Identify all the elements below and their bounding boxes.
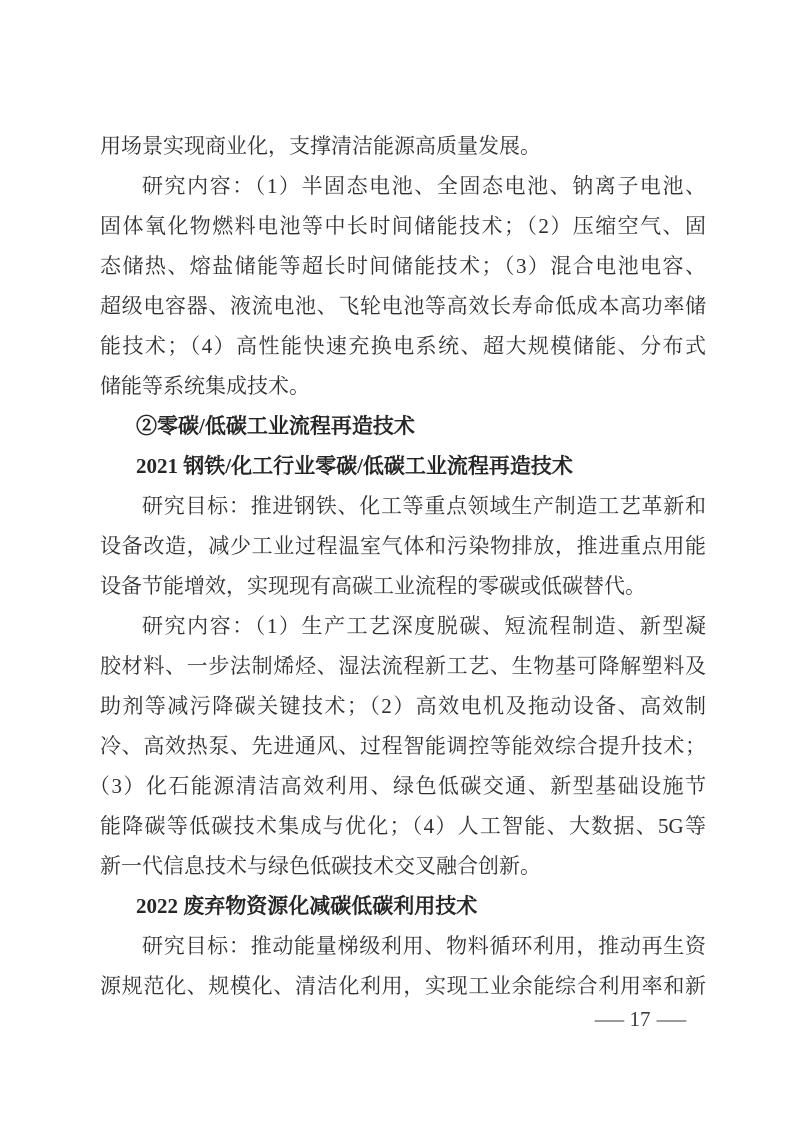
page-number: —17— <box>540 1004 740 1034</box>
page-number-value: 17 <box>630 1007 651 1031</box>
text-line: 超级电容器、液流电池、飞轮电池等高效长寿命低成本高功率储 <box>100 286 706 326</box>
page-number-dash-left: — <box>594 1004 623 1034</box>
text-line: 新一代信息技术与绿色低碳技术交叉融合创新。 <box>100 846 706 886</box>
text-line: 助剂等减污降碳关键技术；（2）高效电机及拖动设备、高效制 <box>100 686 706 726</box>
text-line: 研究内容：（1）生产工艺深度脱碳、短流程制造、新型凝 <box>100 606 706 646</box>
text-line: 源规范化、规模化、清洁化利用，实现工业余能综合利用率和新 <box>100 966 706 1006</box>
document-body: 用场景实现商业化，支撑清洁能源高质量发展。研究内容：（1）半固态电池、全固态电池… <box>100 126 706 1006</box>
text-line: 冷、高效热泵、先进通风、过程智能调控等能效综合提升技术； <box>100 726 706 766</box>
text-line: 能降碳等低碳技术集成与优化；（4）人工智能、大数据、5G等 <box>100 806 706 846</box>
page-number-dash-right: — <box>656 1004 685 1034</box>
text-line: 能技术；（4）高性能快速充换电系统、超大规模储能、分布式 <box>100 326 706 366</box>
text-line: 研究目标：推进钢铁、化工等重点领域生产制造工艺革新和 <box>100 486 706 526</box>
text-line: （3）化石能源清洁高效利用、绿色低碳交通、新型基础设施节 <box>89 766 706 806</box>
text-line: 态储热、熔盐储能等超长时间储能技术；（3）混合电池电容、 <box>100 246 706 286</box>
text-line: 用场景实现商业化，支撑清洁能源高质量发展。 <box>100 126 706 166</box>
document-page: 用场景实现商业化，支撑清洁能源高质量发展。研究内容：（1）半固态电池、全固态电池… <box>0 0 800 1131</box>
heading-line: ②零碳/低碳工业流程再造技术 <box>100 406 706 446</box>
heading-line: 2022 废弃物资源化减碳低碳利用技术 <box>100 886 706 926</box>
text-line: 研究内容：（1）半固态电池、全固态电池、钠离子电池、 <box>100 166 706 206</box>
text-line: 固体氧化物燃料电池等中长时间储能技术；（2）压缩空气、固 <box>100 206 706 246</box>
text-line: 设备改造，减少工业过程温室气体和污染物排放，推进重点用能 <box>100 526 706 566</box>
text-line: 设备节能增效，实现现有高碳工业流程的零碳或低碳替代。 <box>100 566 706 606</box>
text-line: 研究目标：推动能量梯级利用、物料循环利用，推动再生资 <box>100 926 706 966</box>
heading-line: 2021 钢铁/化工行业零碳/低碳工业流程再造技术 <box>100 446 706 486</box>
text-line: 储能等系统集成技术。 <box>100 366 706 406</box>
text-line: 胶材料、一步法制烯烃、湿法流程新工艺、生物基可降解塑料及 <box>100 646 706 686</box>
